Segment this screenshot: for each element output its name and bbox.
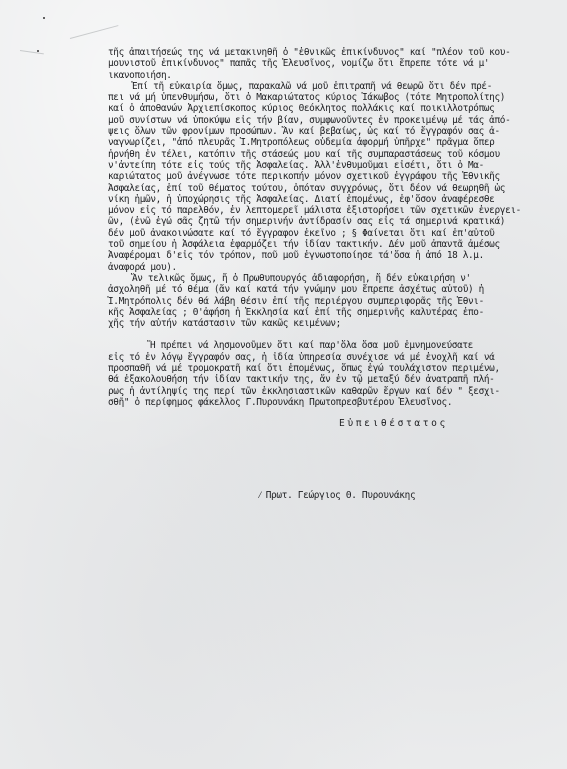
text-line: Ἤ πρέπει νά λησμονοῦμεν ὅτι καί παρ'ὅλα … <box>108 340 528 351</box>
text-line: σθῆ" ὁ περίφημος φάκελλος Γ.Πυρουνάκη Πρ… <box>108 397 528 408</box>
text-line: νίκη ἡμῶν, ἡ ὑποχώρησις τῆς Ἀσφαλείας. Δ… <box>108 194 528 205</box>
text-line: θά ἐξακολουθήση τήν ἰδίαν τακτικήν της, … <box>108 374 528 385</box>
text-line: Ἀσφαλείας, ἐπί τοῦ θέματος τούτου, ὁπότα… <box>108 183 528 194</box>
text-line: μοῦ συνίστων νά ὑποκύψω εἰς τήν βίαν, συ… <box>108 115 528 126</box>
text-line: ἀναφορά μου). <box>108 262 528 273</box>
text-line: εἰς τό ἐν λόγῳ ἔγγραφόν σας, ἡ ἰδία ὑπηρ… <box>108 352 528 363</box>
signature-mark-icon: ⁄ <box>257 490 263 502</box>
ink-speck <box>37 50 39 52</box>
text-line: ν'ἀντείπη τότε εἰς τούς τῆς Ἀσφαλείας. Ἀ… <box>108 160 528 171</box>
text-line: ἀσχοληθῆ μέ τό θέμα (ἄν καί κατά τήν γνώ… <box>108 284 528 295</box>
text-line: τῆς ἀπαιτήσεώς της νά μετακινηθῆ ὁ "ἐθνι… <box>108 47 528 58</box>
text-line: προσπαθῆ νά μέ τρομοκρατῆ καί ὅτι ἐπομέν… <box>108 363 528 374</box>
text-line: πει νά μή ὑπενθυμήσω, ὅτι ὁ Μακαριώτατος… <box>108 92 528 103</box>
text-line: Ἰ.Μητρόπολις δέν θά λάβη θέσιν ἐπί τῆς π… <box>108 296 528 307</box>
letter-body: τῆς ἀπαιτήσεώς της νά μετακινηθῆ ὁ "ἐθνι… <box>108 47 528 408</box>
paper-crease <box>70 25 119 39</box>
ink-speck <box>43 17 45 19</box>
text-line: ικανοποιήση. <box>108 70 528 81</box>
text-line: μόνον εἰς τό παρελθόν, ἐν λεπτομερεῖ μάλ… <box>108 205 528 216</box>
text-line: ῶν, (ἐνῶ ἐγώ σᾶς ζητῶ τήν σημερινήν ἀντί… <box>108 216 528 227</box>
text-line: δέν μοῦ ἀνακοινώσατε καί τό ἔγγραφον ἐκε… <box>108 228 528 239</box>
text-line: καριώτατος μοῦ ἀνέγνωσε τότε περικοπήν μ… <box>108 171 528 182</box>
text-line: ρως ἡ ἀντίληψίς της περί τῶν ἐκκλησιαστι… <box>108 386 528 397</box>
paper-crease <box>20 50 44 54</box>
text-line: Ἄν τελικῶς ὅμως, ἤ ὁ Πρωθυπουργός ἀδιαφο… <box>108 273 528 284</box>
closing-salutation: Εὐπειθέστατος <box>339 418 448 429</box>
text-line: Ἀναφέρομαι δ'εἰς τόν τρόπον, ποῦ μοῦ ἐγν… <box>108 250 528 261</box>
paragraph-gap <box>108 329 528 340</box>
text-line: ἠρνήθη ἐν τέλει, κατόπιν τῆς στάσεώς μου… <box>108 149 528 160</box>
signature-name: Πρωτ. Γεώργιος Θ. Πυρουνάκης <box>266 490 416 501</box>
text-line: χῆς τήν αὐτήν κατάστασιν τῶν κακῶς κειμέ… <box>108 318 528 329</box>
text-line: ναγνωρίζει, "ἀπό πλευρᾶς Ἰ.Μητροπόλεως ο… <box>108 137 528 148</box>
text-line: Ἐπί τῆ εὐκαιρία ὅμως, παρακαλῶ νά μοῦ ἐπ… <box>108 81 528 92</box>
text-line: ψεις ὅλων τῶν φρονίμων προσώπων. Ἄν καί … <box>108 126 528 137</box>
text-line: τοῦ σημείου ἡ Ἀσφάλεια ἐφαρμόζει τήν ἰδί… <box>108 239 528 250</box>
text-line: μουνιστοῦ ἐπικίνδυνος" παπᾶς τῆς Ἐλευσῖν… <box>108 58 528 69</box>
document-page: τῆς ἀπαιτήσεώς της νά μετακινηθῆ ὁ "ἐθνι… <box>0 0 567 769</box>
text-line: καί ὁ ἀποθανών Ἀρχιεπίσκοπος κύριος Θεόκ… <box>108 103 528 114</box>
signature-line: ⁄Πρωτ. Γεώργιος Θ. Πυρουνάκης <box>257 490 415 502</box>
text-line: κῆς Ἀσφαλείας ; Θ'ἀφήση ἡ Ἐκκλησία καί ἐ… <box>108 307 528 318</box>
